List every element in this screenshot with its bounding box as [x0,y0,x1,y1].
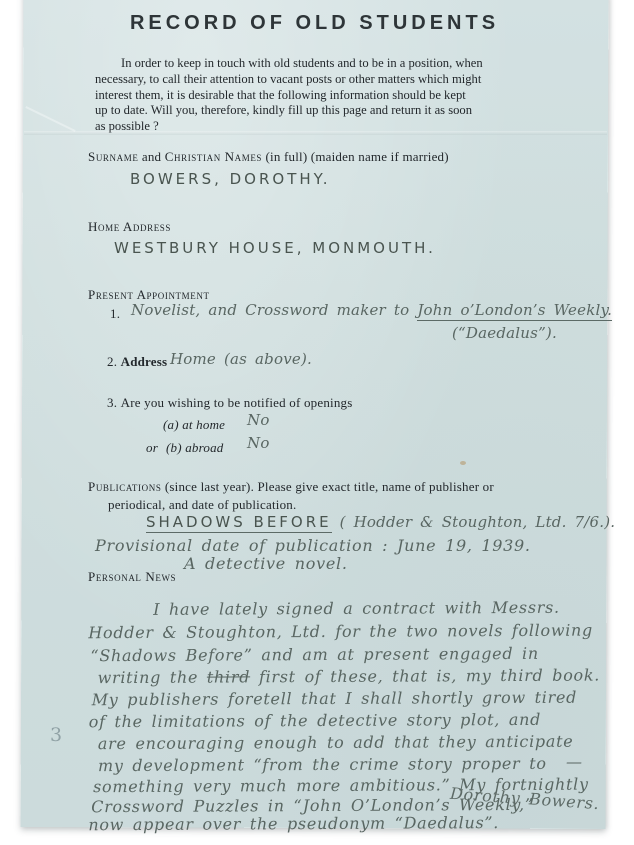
news-line: I have lately signed a contract with Mes… [153,598,560,619]
address-label: Address [121,354,168,369]
intro-line: up to date. Will you, therefore, kindly … [95,103,483,119]
news-line: writing the third first of these, that i… [97,666,600,688]
news-line: are encouraging enough to add that they … [98,732,574,753]
publication-note-line: A detective novel. [184,554,348,573]
surname-label-sc: Surname [88,149,138,164]
weekly-underlined: John o’London’s Weekly. [417,301,612,321]
news-line-4-post: first of these, that is, my third book. [250,666,600,687]
news-line: my development “from the crime story pro… [98,754,547,775]
appointment-1-text: Novelist, and Crossword maker to [131,301,417,319]
option-b-label: (b) abroad [166,440,224,456]
publications-label-line2: periodical, and date of publication. [108,497,296,513]
personal-news-label: Personal News [88,569,176,585]
daedalus-pseudonym-line: (“Daedalus”). [452,324,557,342]
surname-value: BOWERS, DOROTHY. [130,170,331,188]
margin-note: 3 [50,724,62,746]
publications-label: Publications (since last year). Please g… [88,479,494,495]
news-line: now appear over the pseudonym “Daedalus”… [88,813,499,834]
appointment-address-value: Home (as above). [170,350,312,368]
news-line: “Shadows Before” and am at present engag… [90,644,539,665]
appointment-item-1-number: 1. [110,306,120,322]
intro-line: as possible ? [95,119,483,135]
publications-label-rest: (since last year). Please give exact tit… [161,479,493,494]
item-3-number: 3. [107,395,117,410]
news-line: of the limitations of the detective stor… [89,710,541,731]
intro-line: interest them, it is desirable that the … [95,88,483,104]
publications-label-sc: Publications [88,479,161,494]
home-address-label: Home Address [88,219,171,235]
publication-date-line: Provisional date of publication : June 1… [95,536,531,555]
option-b-answer: No [247,434,270,452]
margin-dash: — [566,752,583,771]
news-line-4-pre: writing the [97,668,206,688]
publication-publisher-value: ( Hodder & Stoughton, Ltd. 7/6.). [332,513,616,531]
publication-title-line: SHADOWS BEFORE ( Hodder & Stoughton, Ltd… [146,513,615,531]
publication-title-value: SHADOWS BEFORE [146,513,332,533]
notify-question: Are you wishing to be notified of openin… [121,395,353,410]
struck-word: third [207,667,250,686]
or-label: or [146,440,158,456]
news-line: Hodder & Stoughton, Ltd. for the two nov… [88,621,593,643]
paper-speck [460,461,466,465]
appointment-item-3-label: 3. Are you wishing to be notified of ope… [107,395,353,411]
intro-line: necessary, to call their attention to va… [95,72,483,88]
item-2-number: 2. [107,354,117,369]
scanned-record-form: RECORD OF OLD STUDENTS In order to keep … [0,0,634,845]
form-title: RECORD OF OLD STUDENTS [22,12,607,35]
intro-paragraph: In order to keep in touch with old stude… [95,56,483,135]
option-a-answer: No [247,411,270,429]
surname-label: Surname and Christian Names (in full) (m… [88,149,449,165]
surname-label-mid: and [138,149,164,164]
appointment-item-2-label: 2. Address [107,354,167,370]
appointment-item-1-value: Novelist, and Crossword maker to John o’… [131,301,612,319]
news-line: My publishers foretell that I shall shor… [92,688,577,710]
option-a-label: (a) at home [163,417,225,433]
intro-line: In order to keep in touch with old stude… [95,56,483,72]
surname-label-rest: (in full) (maiden name if married) [262,149,449,164]
christian-names-label-sc: Christian Names [165,149,262,164]
home-address-value: WESTBURY HOUSE, MONMOUTH. [114,239,436,257]
